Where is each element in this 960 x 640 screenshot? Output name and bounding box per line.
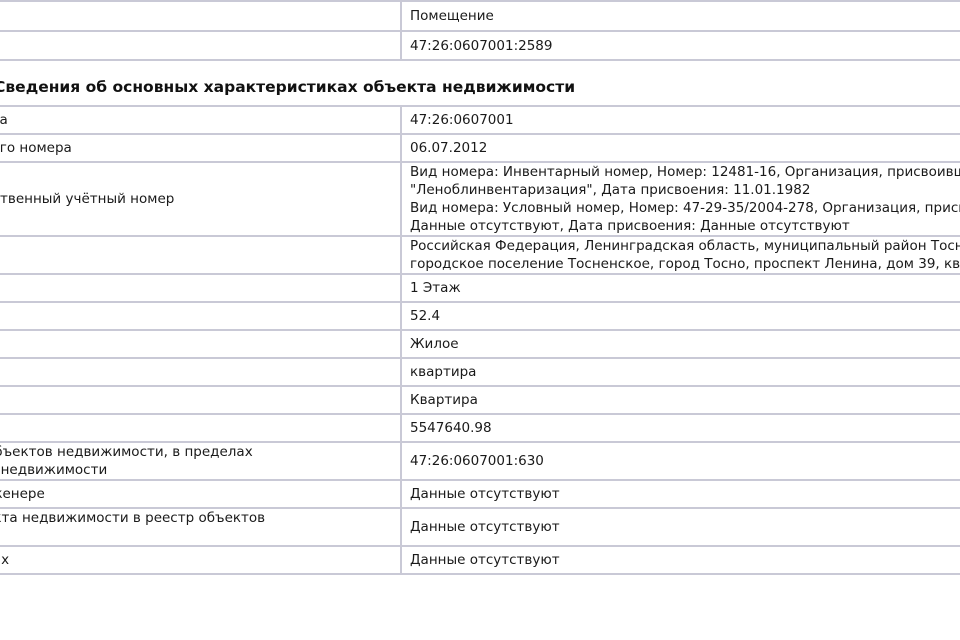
row-value: 47:26:0607001:2589 <box>401 31 960 60</box>
value-line: Вид номера: Условный номер, Номер: 47-29… <box>410 199 960 217</box>
row-value: 47:26:0607001 <box>401 106 960 134</box>
row-label: Вид жилого помещения <box>0 386 401 414</box>
table-row: Кадастровые номера иных объектов недвижи… <box>0 442 960 480</box>
row-value: Данные отсутствуют <box>401 546 960 574</box>
table-row: Вид объекта недвижимости Помещение <box>0 1 960 31</box>
characteristics-table: Номер кадастрового квартала 47:26:060700… <box>0 105 960 575</box>
section-title: Сведения об основных характеристиках объ… <box>0 61 960 105</box>
row-value: 5547640.98 <box>401 414 960 442</box>
row-label: Вид объекта недвижимости <box>0 1 401 31</box>
row-label: Сведения о кадастровом инженере <box>0 480 401 508</box>
row-value: 1 Этаж <box>401 274 960 302</box>
table-row: Дата присвоения кадастрового номера 06.0… <box>0 134 960 162</box>
table-row: Ранее присвоенный государственный учётны… <box>0 162 960 236</box>
row-label: Назначение <box>0 330 401 358</box>
value-line: Данные отсутствуют, Дата присвоения: Дан… <box>410 217 960 235</box>
label-line: которых расположен объект недвижимости <box>0 461 392 479</box>
table-row: Вид жилого помещения Квартира <box>0 386 960 414</box>
table-row: Номер, тип этажа 1 Этаж <box>0 274 960 302</box>
row-label: Номер, тип этажа <box>0 274 401 302</box>
row-label: Площадь, м2 <box>0 302 401 330</box>
label-line: Кадастровые номера иных объектов недвижи… <box>0 443 392 461</box>
row-value: 06.07.2012 <box>401 134 960 162</box>
table-row: Номер кадастрового квартала 47:26:060700… <box>0 106 960 134</box>
label-line: культурного наследия <box>0 527 392 545</box>
table-row: Сведения о включении объекта недвижимост… <box>0 508 960 546</box>
row-label: Адрес (местоположение) <box>0 236 401 274</box>
value-line: Вид номера: Инвентарный номер, Номер: 12… <box>410 163 960 181</box>
row-label: Наименование <box>0 358 401 386</box>
row-value: Помещение <box>401 1 960 31</box>
row-label: Сведения о включении объекта недвижимост… <box>0 508 401 546</box>
table-row: Назначение Жилое <box>0 330 960 358</box>
row-label: Сведения о правопритязаниях <box>0 546 401 574</box>
table-row: Площадь, м2 52.4 <box>0 302 960 330</box>
row-value: Российская Федерация, Ленинградская обла… <box>401 236 960 274</box>
row-value: 47:26:0607001:630 <box>401 442 960 480</box>
row-value: Данные отсутствуют <box>401 480 960 508</box>
row-label: Ранее присвоенный государственный учётны… <box>0 162 401 236</box>
row-label: Кадастровые номера иных объектов недвижи… <box>0 442 401 480</box>
document-viewport: Вид объекта недвижимости Помещение Кадас… <box>0 0 960 575</box>
value-line: "Леноблинвентаризация", Дата присвоения:… <box>410 181 960 199</box>
row-value: Данные отсутствуют <box>401 508 960 546</box>
row-value: Жилое <box>401 330 960 358</box>
row-value: Квартира <box>401 386 960 414</box>
table-row: Сведения о кадастровом инженере Данные о… <box>0 480 960 508</box>
table-row: Адрес (местоположение) Российская Федера… <box>0 236 960 274</box>
label-line: Сведения о включении объекта недвижимост… <box>0 509 392 527</box>
table-row: Кадастровый номер 47:26:0607001:2589 <box>0 31 960 60</box>
object-summary-table: Вид объекта недвижимости Помещение Кадас… <box>0 0 960 61</box>
row-value: Вид номера: Инвентарный номер, Номер: 12… <box>401 162 960 236</box>
table-row: Наименование квартира <box>0 358 960 386</box>
row-value: 52.4 <box>401 302 960 330</box>
value-line: Российская Федерация, Ленинградская обла… <box>410 237 960 255</box>
row-label: Кадастровая стоимость, руб <box>0 414 401 442</box>
value-line: городское поселение Тосненское, город То… <box>410 255 960 273</box>
row-label: Номер кадастрового квартала <box>0 106 401 134</box>
table-row: Кадастровая стоимость, руб 5547640.98 <box>0 414 960 442</box>
row-label: Дата присвоения кадастрового номера <box>0 134 401 162</box>
row-label: Кадастровый номер <box>0 31 401 60</box>
table-row: Сведения о правопритязаниях Данные отсут… <box>0 546 960 574</box>
row-value: квартира <box>401 358 960 386</box>
